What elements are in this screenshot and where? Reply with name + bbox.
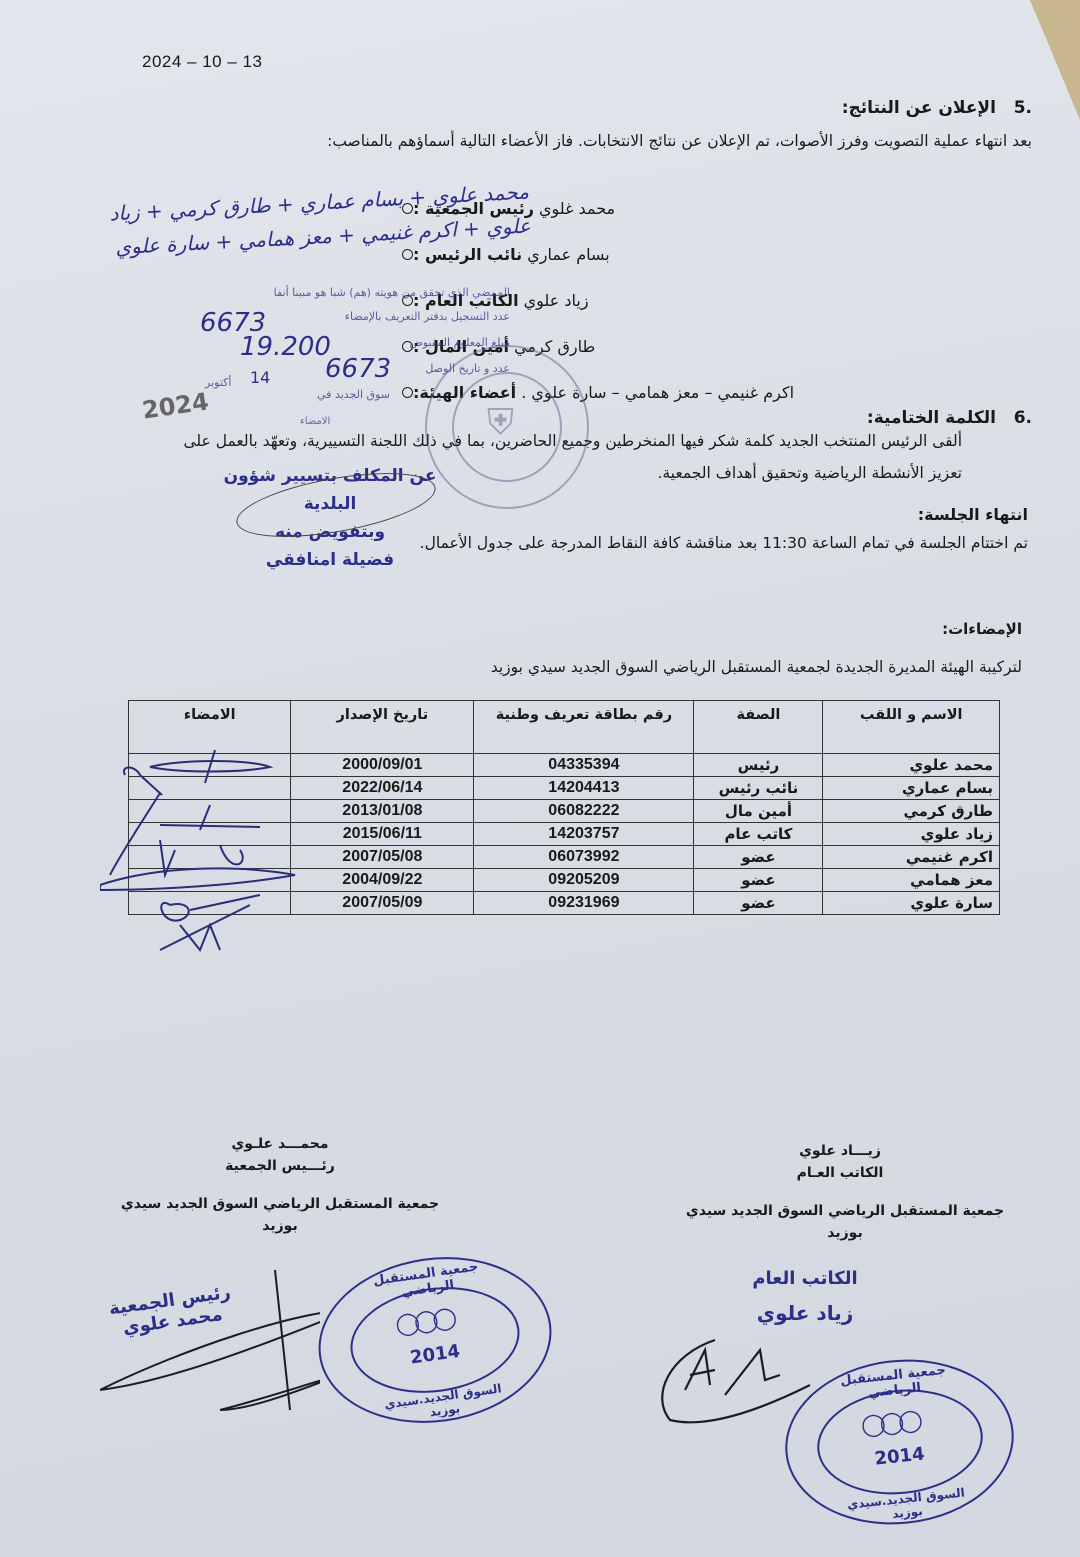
- president-handwritten-signature-icon: [100, 1250, 320, 1430]
- section5-title: الإعلان عن النتائج:: [842, 98, 996, 118]
- receipt-number: 6673: [325, 354, 391, 384]
- closing-text: تم اختتام الجلسة في تمام الساعة 11:30 بع…: [408, 532, 1028, 554]
- form-line-identity: الممضي الذي تحقق من هويته (هم) شبا هو مب…: [110, 286, 510, 299]
- president-title: رئـــيس الجمعية: [200, 1155, 360, 1177]
- form-month: أكتوبر: [205, 376, 231, 389]
- cell-issued: 2004/09/22: [291, 869, 474, 892]
- cell-name: زياد علوي: [823, 823, 1000, 846]
- cell-role: كاتب عام: [694, 823, 823, 846]
- col-role-header: الصفة: [694, 701, 823, 754]
- cell-id: 06073992: [474, 846, 694, 869]
- cell-issued: 2022/06/14: [291, 777, 474, 800]
- cell-issued: 2000/09/01: [291, 754, 474, 777]
- cell-name: معز همامي: [823, 869, 1000, 892]
- result-value: زياد علوي: [524, 291, 589, 310]
- cell-name: بسام عماري: [823, 777, 1000, 800]
- secretary-name: زيـــاد علوي: [780, 1140, 900, 1162]
- col-id-header: رقم بطاقة تعريف وطنية: [474, 701, 694, 754]
- secretary-signature-block: زيـــاد علوي الكاتب العـام: [780, 1140, 900, 1184]
- cell-id: 14204413: [474, 777, 694, 800]
- secretary-stamp-name: زياد علوي: [730, 1301, 880, 1325]
- result-value: بسام عماري: [527, 245, 610, 264]
- section6-title: الكلمة الختامية:: [867, 408, 996, 428]
- president-name: محمـــد علـوي: [200, 1133, 360, 1155]
- form-line-register: عدد التسجيل بدفتر التعريف بالإمضاء: [110, 310, 510, 323]
- cell-issued: 2007/05/08: [291, 846, 474, 869]
- president-org: جمعية المستقبل الرياضي السوق الجديد سيدي…: [120, 1193, 440, 1237]
- cell-id: 04335394: [474, 754, 694, 777]
- cell-name: محمد علوي: [823, 754, 1000, 777]
- col-name-header: الاسم و اللقب: [823, 701, 1000, 754]
- section6-number: .6: [1014, 408, 1032, 428]
- form-line-place: سوق الجديد في: [230, 388, 390, 401]
- secretary-ink-stamp: الكاتب العام زياد علوي: [730, 1268, 880, 1325]
- table-signatures-icon: [100, 745, 300, 955]
- handwritten-names: محمد علوي + بسام عماري + طارق كرمي + زيا…: [89, 175, 532, 266]
- section6-heading: .6 الكلمة الختامية:: [732, 408, 1032, 428]
- section6-line1: ألقى الرئيس المنتخب الجديد كلمة شكر فيها…: [42, 430, 962, 452]
- secretary-org: جمعية المستقبل الرياضي السوق الجديد سيدي…: [680, 1200, 1010, 1244]
- signatures-title: الإمضاءات:: [722, 620, 1022, 638]
- cell-id: 06082222: [474, 800, 694, 823]
- cell-name: طارق كرمي: [823, 800, 1000, 823]
- cell-role: عضو: [694, 846, 823, 869]
- cell-issued: 2013/01/08: [291, 800, 474, 823]
- cell-issued: 2007/05/09: [291, 892, 474, 915]
- cell-id: 14203757: [474, 823, 694, 846]
- section5-number: .5: [1014, 98, 1032, 118]
- cell-role: رئيس: [694, 754, 823, 777]
- secretary-title: الكاتب العـام: [780, 1162, 900, 1184]
- cell-role: أمين مال: [694, 800, 823, 823]
- form-signature-label: الامضاء: [300, 416, 330, 427]
- section5-intro: بعد انتهاء عملية التصويت وفرز الأصوات، ت…: [172, 130, 1032, 152]
- result-value: محمد غلوي: [539, 199, 615, 218]
- cell-name: اكرم غنيمي: [823, 846, 1000, 869]
- cell-name: سارة علوي: [823, 892, 1000, 915]
- cell-role: نائب رئيس: [694, 777, 823, 800]
- cell-role: عضو: [694, 869, 823, 892]
- president-signature-block: محمـــد علـوي رئـــيس الجمعية: [200, 1133, 360, 1177]
- section5-heading: .5 الإعلان عن النتائج:: [732, 98, 1032, 118]
- cell-issued: 2015/06/11: [291, 823, 474, 846]
- cell-id: 09231969: [474, 892, 694, 915]
- closing-title: انتهاء الجلسة:: [728, 505, 1028, 524]
- form-year: 2024: [140, 387, 210, 424]
- receipt-day: 14: [250, 368, 270, 387]
- signatures-subtitle: لتركيبة الهيئة المديرة الجديدة لجمعية ال…: [322, 656, 1022, 678]
- document-date: 2024 – 10 – 13: [142, 52, 262, 72]
- cell-role: عضو: [694, 892, 823, 915]
- cell-id: 09205209: [474, 869, 694, 892]
- col-issued-header: تاريخ الإصدار: [291, 701, 474, 754]
- secretary-stamp-title: الكاتب العام: [730, 1268, 880, 1289]
- fee-amount: 19.200: [240, 332, 331, 362]
